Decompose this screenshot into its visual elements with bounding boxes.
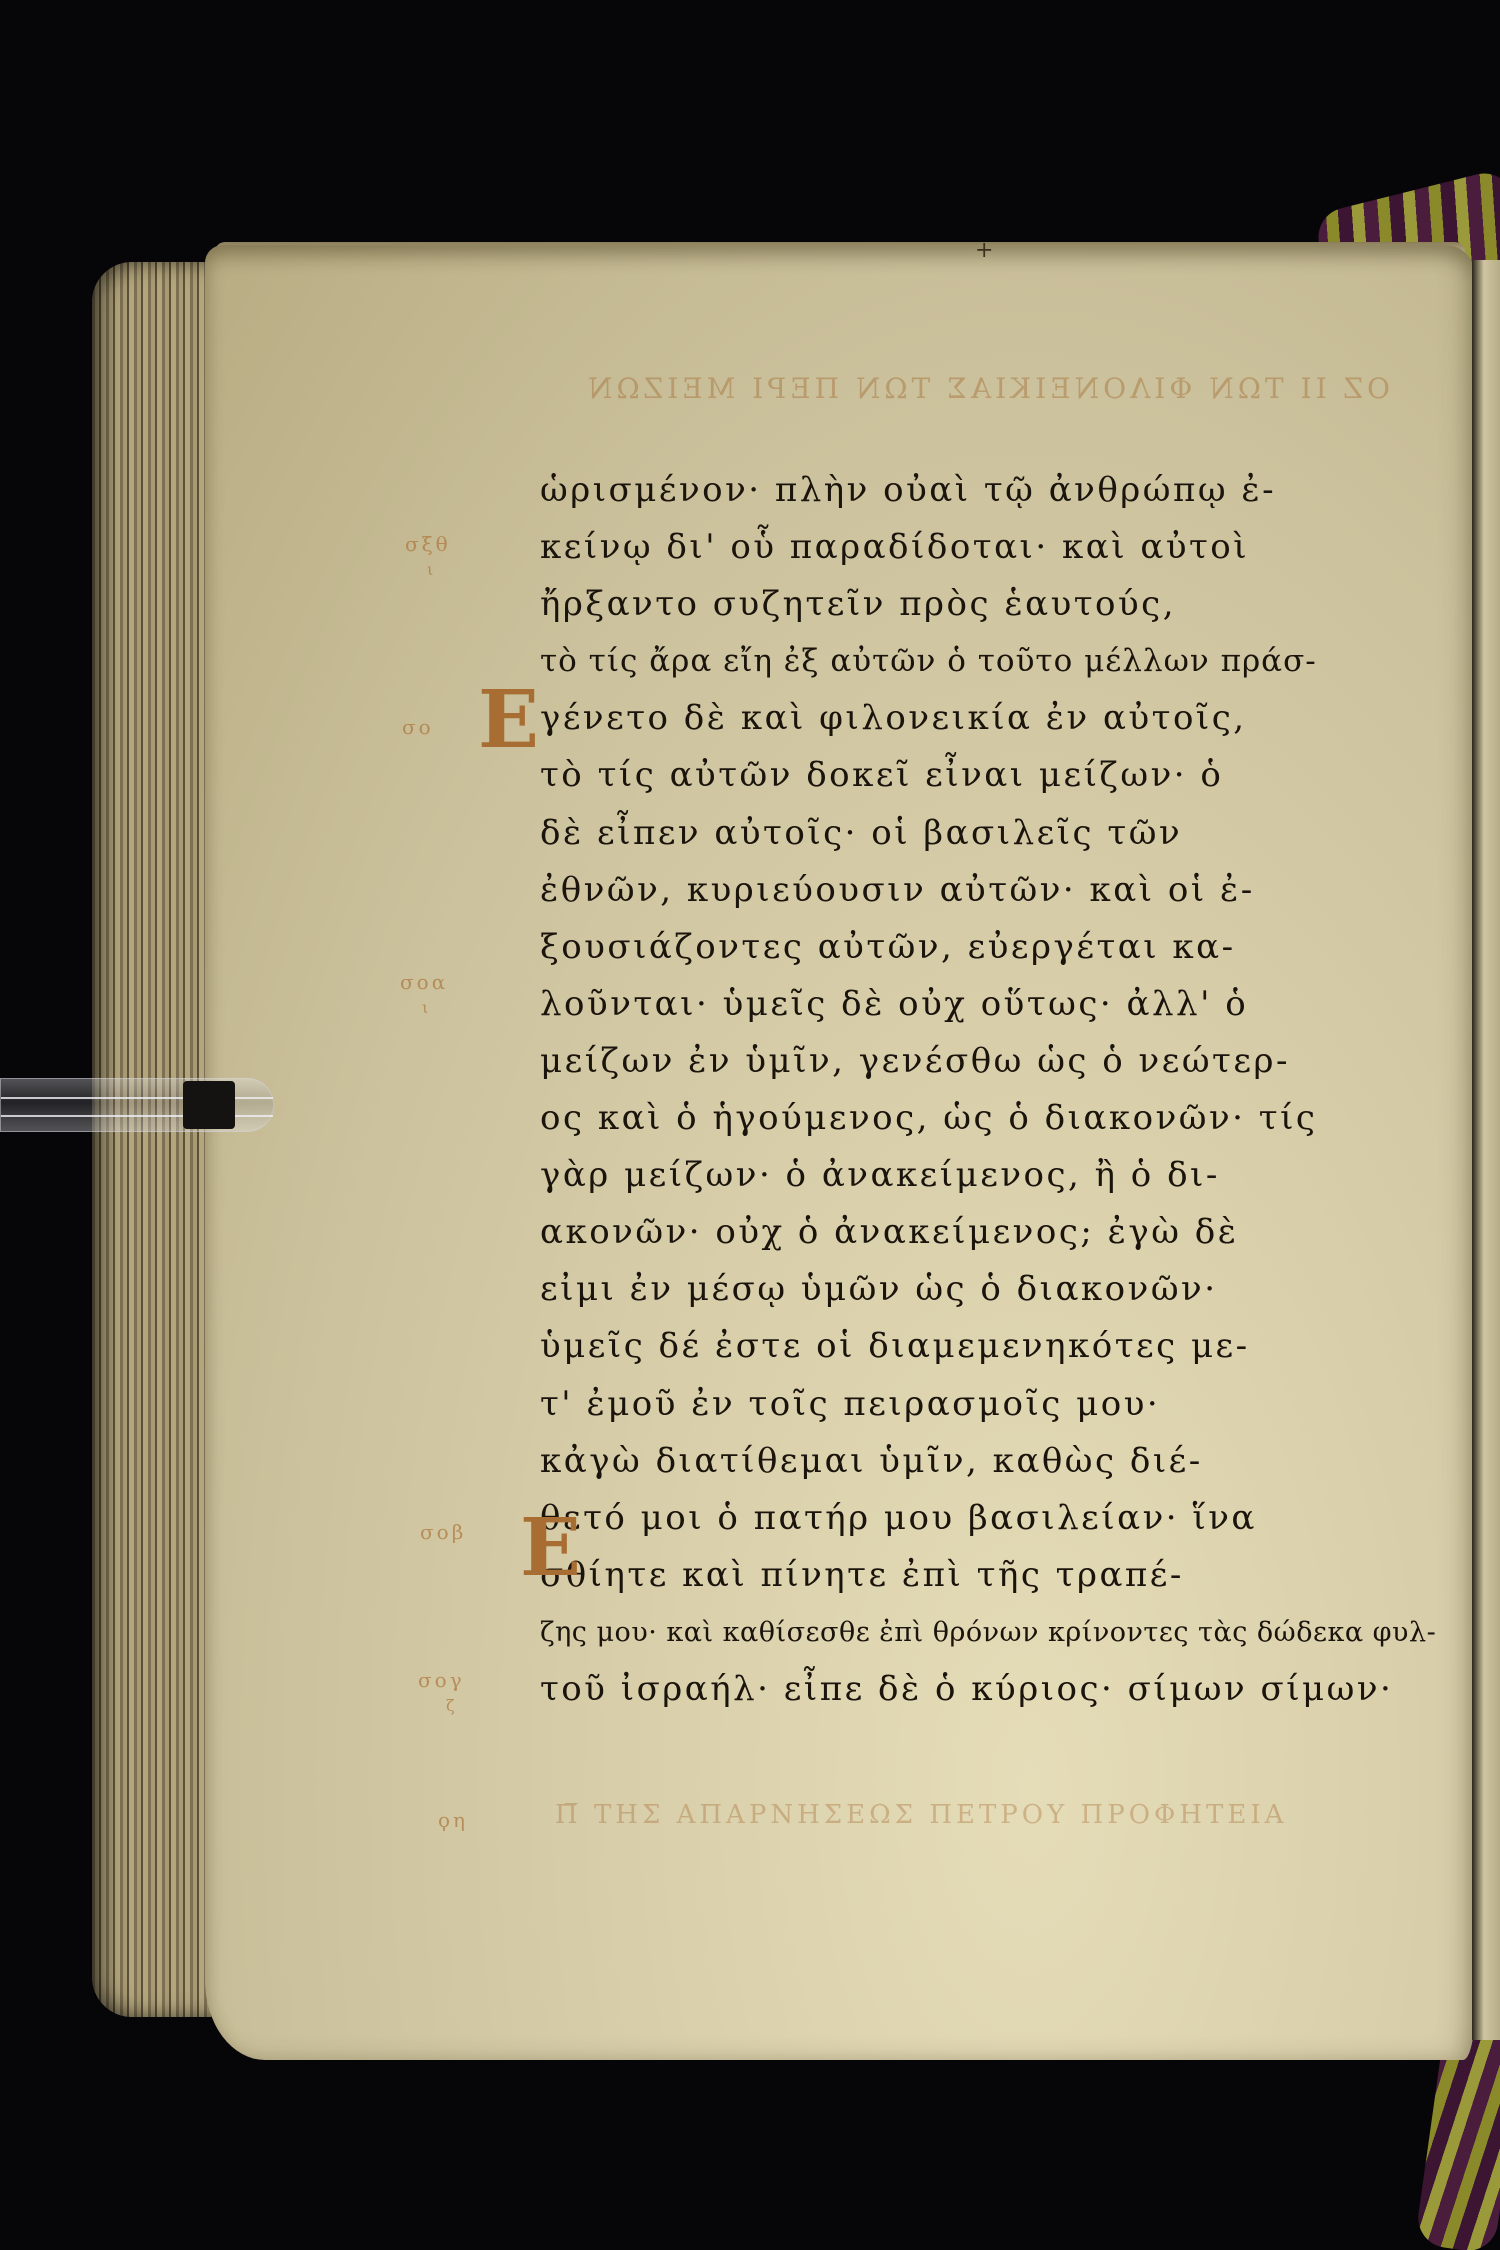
text-line: τ' ἐμοῦ ἐν τοῖς πειρασμοῖς μου· <box>540 1376 1400 1433</box>
text-line: θετό μοι ὁ πατήρ μου βασιλείαν· ἵνα <box>540 1490 1400 1547</box>
text-line: τοῦ ἰσραήλ· εἶπε δὲ ὁ κύριος· σίμων σίμω… <box>540 1661 1400 1718</box>
page-stack-fore-edge <box>92 262 222 2017</box>
text-line: δὲ εἶπεν αὐτοῖς· οἱ βασιλεῖς τῶν <box>540 805 1400 862</box>
acrylic-page-holder <box>0 1078 274 1132</box>
bottom-margin-number: ϙη <box>438 1808 468 1832</box>
bottom-margin-rubric: Π̅ ΤΗΣ ΑΠΑΡΝΗΣΕΩΣ ΠΕΤΡΟΥ ΠΡΟΦΗΤΕΙΑ <box>555 1800 1287 1830</box>
text-line: τὸ τίς ἄρα εἴη ἐξ αὐτῶν ὁ τοῦτο μέλλων π… <box>540 633 1400 690</box>
text-line: τὸ τίς αὐτῶν δοκεῖ εἶναι μείζων· ὁ <box>540 747 1400 804</box>
eusebian-section-number: σοβ <box>420 1520 466 1544</box>
page-holder-dark-band <box>183 1081 235 1129</box>
text-line: εἰμι ἐν μέσῳ ὑμῶν ὡς ὁ διακονῶν· <box>540 1261 1400 1318</box>
text-line: ξουσιάζοντες αὐτῶν, εὐεργέται κα- <box>540 919 1400 976</box>
text-line: ακονῶν· οὐχ ὁ ἀνακείμενος; ἐγὼ δὲ <box>540 1204 1400 1261</box>
text-line: ος καὶ ὁ ἡγούμενος, ὡς ὁ διακονῶν· τίς <box>540 1090 1400 1147</box>
text-line: κἀγὼ διατίθεμαι ὑμῖν, καθὼς διέ- <box>540 1433 1400 1490</box>
text-line: ἐθνῶν, κυριεύουσιν αὐτῶν· καὶ οἱ ἐ- <box>540 862 1400 919</box>
text-line: σθίητε καὶ πίνητε ἐπὶ τῆς τραπέ- <box>540 1547 1400 1604</box>
eusebian-section-number: σξθ ι <box>405 532 451 580</box>
text-line: μείζων ἐν ὑμῖν, γενέσθω ὡς ὁ νεώτερ- <box>540 1033 1400 1090</box>
text-line: ὑμεῖς δέ ἐστε οἱ διαμεμενηκότες με- <box>540 1318 1400 1375</box>
text-line: λοῦνται· ὑμεῖς δὲ οὐχ οὕτως· ἀλλ' ὁ <box>540 976 1400 1033</box>
rubricated-initial: Ε <box>478 672 539 766</box>
text-line: κείνῳ δι' οὗ παραδίδοται· καὶ αὐτοὶ <box>540 519 1400 576</box>
rubricated-initial: Ε <box>520 1500 581 1594</box>
running-title-showthrough: ΟΖ ΙΙ ΤΩΝ ΦΙΛΟΝΕΙΚΙΑΣ ΤΩΝ ΠΕΡΙ ΜΕΙΖΩΝ <box>510 372 1390 405</box>
manuscript-photo: ΟΖ ΙΙ ΤΩΝ ΦΙΛΟΝΕΙΚΙΑΣ ΤΩΝ ΠΕΡΙ ΜΕΙΖΩΝ + … <box>0 0 1500 2250</box>
text-line: ὡρισμένον· πλὴν οὐαὶ τῷ ἀνθρώπῳ ἐ- <box>540 462 1400 519</box>
text-line: γένετο δὲ καὶ φιλονεικία ἐν αὐτοῖς, <box>540 690 1400 747</box>
binding-gutter <box>1472 260 1500 2040</box>
text-block: ὡρισμένον· πλὴν οὐαὶ τῷ ἀνθρώπῳ ἐ- κείνῳ… <box>540 462 1400 1718</box>
text-line: γὰρ μείζων· ὁ ἀνακείμενος, ἢ ὁ δι- <box>540 1147 1400 1204</box>
text-line: ἤρξαντο συζητεῖν πρὸς ἑαυτούς, <box>540 576 1400 633</box>
eusebian-section-number: σογ ζ <box>418 1668 465 1716</box>
prick-mark: + <box>975 238 993 263</box>
text-line: ζης μου· καὶ καθίσεσθε ἐπὶ θρόνων κρίνον… <box>540 1604 1400 1661</box>
eusebian-section-number: σο <box>402 715 434 739</box>
eusebian-section-number: σοα ι <box>400 970 448 1018</box>
